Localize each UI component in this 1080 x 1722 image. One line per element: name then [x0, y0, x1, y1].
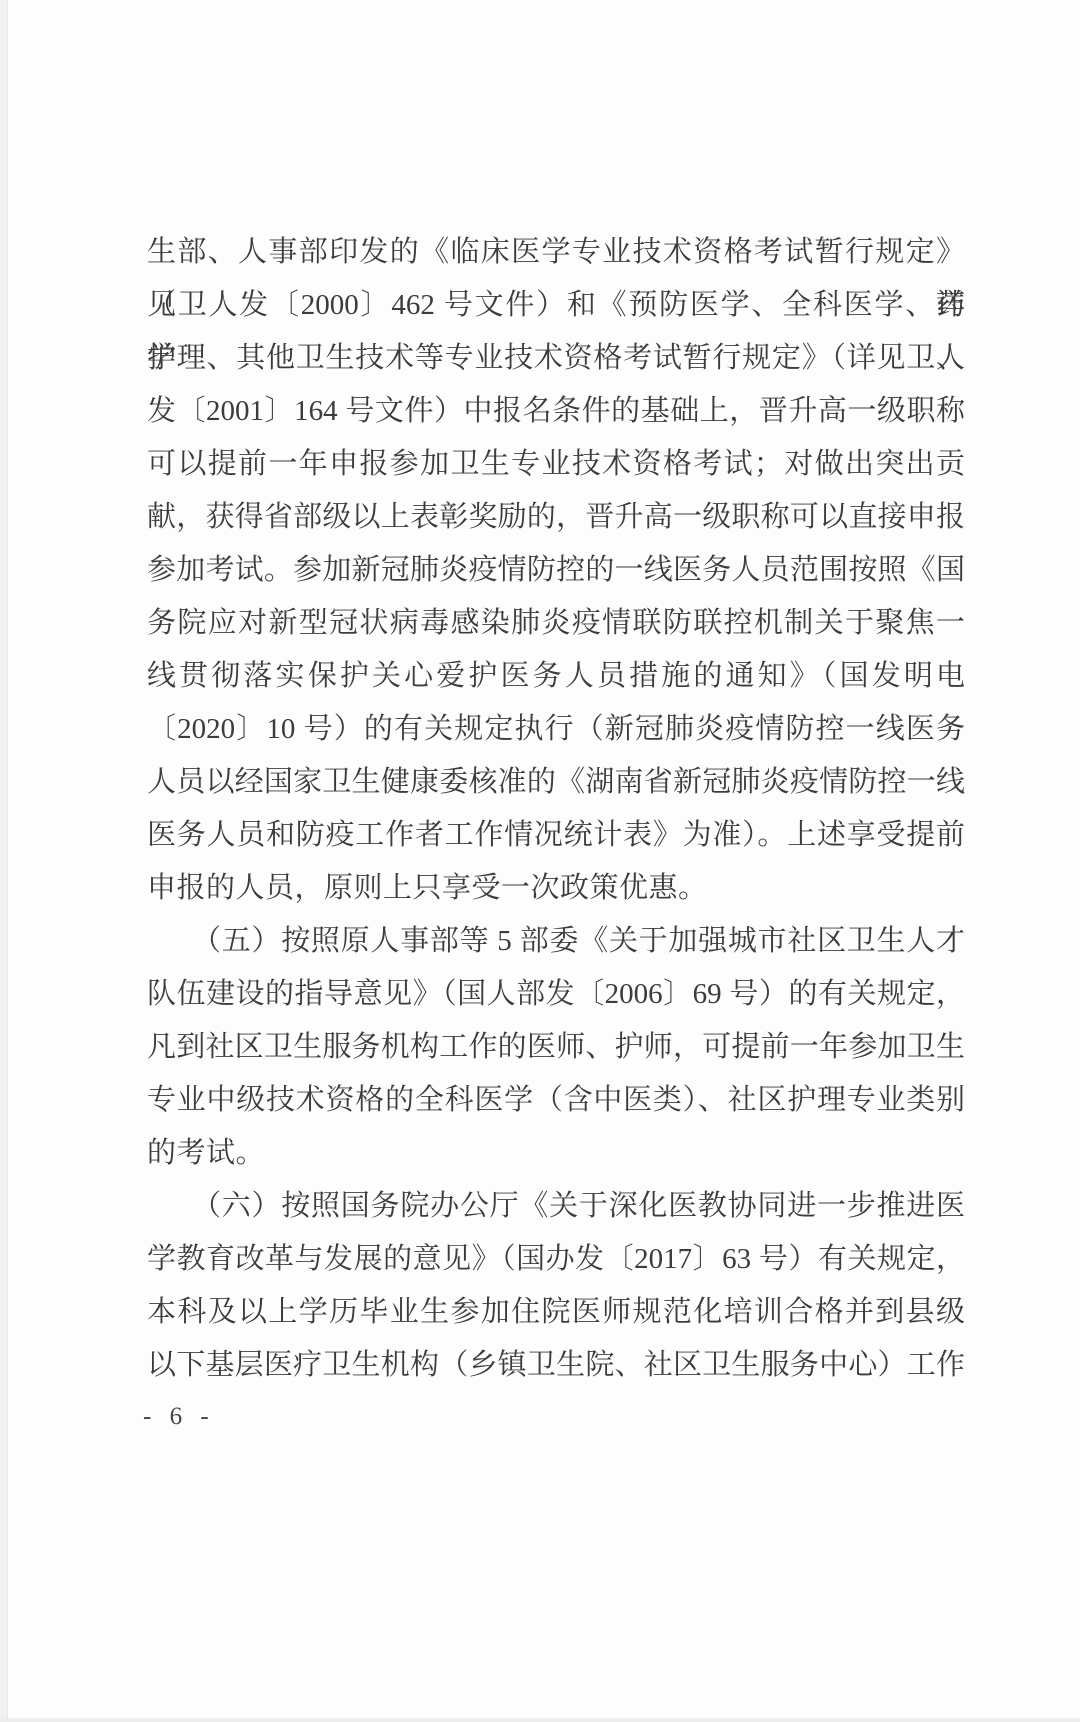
document-line: 可以提前一年申报参加卫生专业技术资格考试；对做出突出贡: [147, 438, 965, 491]
scan-bottom-edge: [0, 1718, 1080, 1722]
scan-left-edge: [0, 0, 8, 1722]
document-line: 人员以经国家卫生健康委核准的《湖南省新冠肺炎疫情防控一线: [147, 756, 965, 809]
document-line: 医务人员和防疫工作者工作情况统计表》为准）。上述享受提前: [147, 809, 965, 862]
document-line: 〔2020〕10 号）的有关规定执行（新冠肺炎疫情防控一线医务: [147, 703, 965, 756]
document-line: 队伍建设的指导意见》（国人部发〔2006〕69 号）的有关规定，: [147, 968, 965, 1021]
document-line: 以下基层医疗卫生机构（乡镇卫生院、社区卫生服务中心）工作: [147, 1339, 965, 1392]
document-line: 申报的人员，原则上只享受一次政策优惠。: [147, 862, 965, 915]
document-line: 参加考试。参加新冠肺炎疫情防控的一线医务人员范围按照《国: [147, 544, 965, 597]
document-body: 生部、人事部印发的《临床医学专业技术资格考试暂行规定》（详见卫人发〔2000〕4…: [147, 226, 965, 1392]
document-line: 献，获得省部级以上表彰奖励的，晋升高一级职称可以直接申报: [147, 491, 965, 544]
document-line: （六）按照国务院办公厅《关于深化医教协同进一步推进医: [147, 1180, 965, 1233]
document-line: 线贯彻落实保护关心爱护医务人员措施的通知》（国发明电: [147, 650, 965, 703]
document-line: 务院应对新型冠状病毒感染肺炎疫情联防联控机制关于聚焦一: [147, 597, 965, 650]
document-line: 生部、人事部印发的《临床医学专业技术资格考试暂行规定》（详: [147, 226, 965, 279]
document-line: 护理、其他卫生技术等专业技术资格考试暂行规定》（详见卫人: [147, 332, 965, 385]
document-line: 的考试。: [147, 1127, 965, 1180]
document-line: 凡到社区卫生服务机构工作的医师、护师，可提前一年参加卫生: [147, 1021, 965, 1074]
document-line: 学教育改革与发展的意见》（国办发〔2017〕63 号）有关规定，: [147, 1233, 965, 1286]
document-line: 专业中级技术资格的全科医学（含中医类）、社区护理专业类别: [147, 1074, 965, 1127]
page-number: - 6 -: [143, 1403, 215, 1431]
document-line: 本科及以上学历毕业生参加住院医师规范化培训合格并到县级: [147, 1286, 965, 1339]
document-line: 发〔2001〕164 号文件）中报名条件的基础上，晋升高一级职称: [147, 385, 965, 438]
document-line: （五）按照原人事部等 5 部委《关于加强城市社区卫生人才: [147, 915, 965, 968]
document-page: 生部、人事部印发的《临床医学专业技术资格考试暂行规定》（详见卫人发〔2000〕4…: [0, 0, 1080, 1722]
document-line: 见卫人发〔2000〕462 号文件）和《预防医学、全科医学、药学、: [147, 279, 965, 332]
